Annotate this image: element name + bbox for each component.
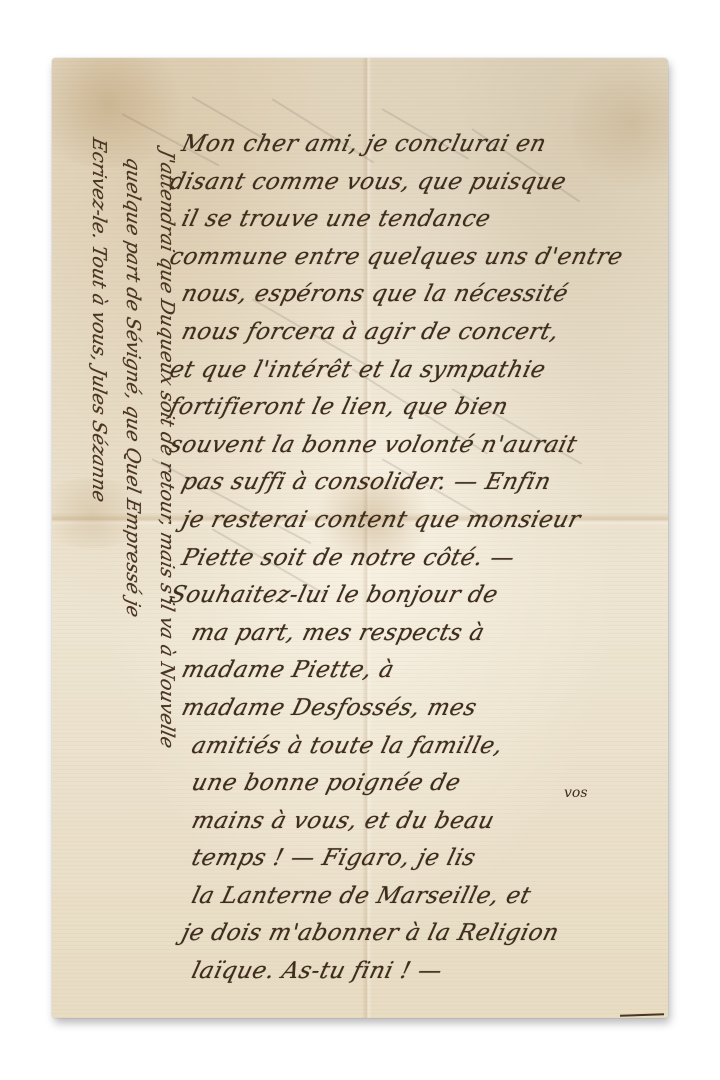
- letter-body: Mon cher ami, je conclurai en disant com…: [170, 126, 660, 991]
- closing-flourish: [620, 1013, 664, 1017]
- letter-line: mains à vous, et du beau: [165, 803, 664, 841]
- letter-line: nous, espérons que la nécessité: [165, 276, 664, 314]
- letter-line: fortifieront le lien, que bien: [165, 389, 664, 427]
- photo-stage: Mon cher ami, je conclurai en disant com…: [0, 0, 720, 1080]
- margin-line: J'attendrai que Duqueux soit de retour, …: [150, 124, 184, 1018]
- letter-line: nous forcera à agir de concert,: [165, 314, 664, 352]
- letter-line: madame Piette, à: [165, 652, 664, 690]
- interlinear-correction: vos: [564, 785, 588, 801]
- margin-postscript: J'attendrai que Duqueux soit de retour, …: [82, 128, 184, 1018]
- letter-line: ma part, mes respects à: [165, 615, 664, 653]
- letter-line: une bonne poignée de: [165, 765, 664, 803]
- letter-line: la Lanterne de Marseille, et: [165, 878, 664, 916]
- letter-line: souvent la bonne volonté n'aurait: [165, 427, 664, 465]
- letter-line: disant comme vous, que puisque: [165, 164, 664, 202]
- letter-sheet: Mon cher ami, je conclurai en disant com…: [52, 58, 668, 1018]
- letter-line: temps ! — Figaro, je lis: [165, 840, 664, 878]
- letter-line: et que l'intérêt et la sympathie: [165, 352, 664, 390]
- letter-line: laïque. As-tu fini ! —: [165, 953, 664, 991]
- letter-line: amitiés à toute la famille,: [165, 728, 664, 766]
- letter-line: Piette soit de notre côté. —: [165, 540, 664, 578]
- margin-line: Ecrivez-le. Tout à vous, Jules Sézanne: [82, 124, 116, 1018]
- letter-line: il se trouve une tendance: [165, 201, 664, 239]
- letter-line: Souhaitez-lui le bonjour de: [165, 577, 664, 615]
- letter-line: je resterai content que monsieur: [165, 502, 664, 540]
- letter-line: Mon cher ami, je conclurai en: [165, 126, 664, 164]
- letter-line: je dois m'abonner à la Religion: [165, 915, 664, 953]
- margin-line: quelque part de Sévigné, que Quel Empres…: [116, 124, 150, 1018]
- letter-line: commune entre quelques uns d'entre: [165, 239, 664, 277]
- letter-line: pas suffi à consolider. — Enfin: [165, 464, 664, 502]
- letter-line: madame Desfossés, mes: [165, 690, 664, 728]
